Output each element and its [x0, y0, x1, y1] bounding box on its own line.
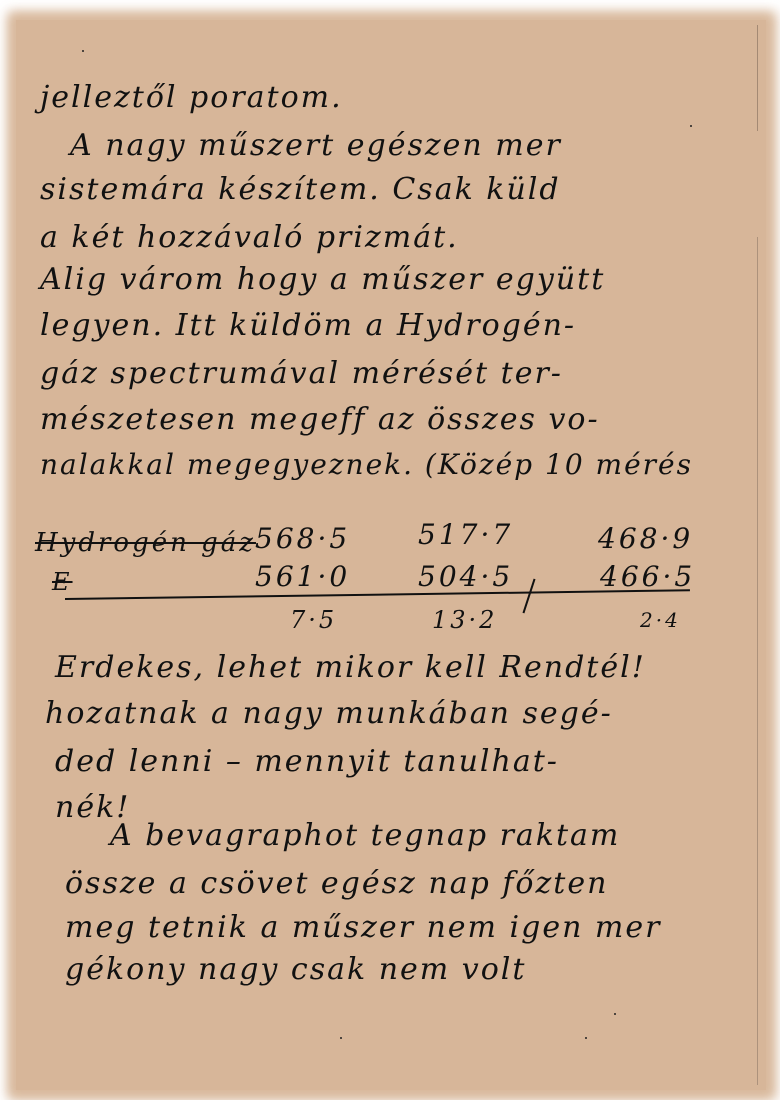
table-diff-c2: 13·2	[432, 606, 497, 634]
table-cell-r1-c1: 568·5	[255, 522, 350, 555]
speck	[614, 1013, 616, 1015]
text-line-16: meg tetnik a műszer nem igen mer	[65, 910, 661, 945]
text-line-9: nalakkal megegyeznek. (Közép 10 mérés	[40, 448, 693, 481]
text-line-10: Erdekes, lehet mikor kell Rendtél!	[55, 650, 646, 685]
text-line-17: gékony nagy csak nem volt	[65, 952, 526, 987]
table-cell-r1-c2: 517·7	[418, 518, 513, 551]
table-row-label-e: E	[52, 568, 73, 596]
speck	[340, 1037, 342, 1039]
speck	[82, 50, 84, 52]
text-line-11: hozatnak a nagy munkában segé-	[45, 696, 613, 731]
table-cell-r2-c2: 504·5	[418, 560, 513, 593]
text-line-15: össze a csövet egész nap főzten	[65, 866, 608, 901]
text-line-4: a két hozzávaló prizmát.	[40, 220, 459, 255]
table-cell-r1-c3: 468·9	[598, 522, 693, 555]
margin-rule	[757, 25, 758, 1085]
table-diff-c3: 2·4	[640, 608, 681, 632]
speck	[585, 1037, 587, 1039]
table-cell-r2-c3: 466·5	[600, 560, 695, 593]
text-line-1: jelleztől poratom.	[40, 80, 343, 115]
text-line-5: Alig várom hogy a műszer együtt	[40, 262, 605, 297]
table-diff-c1: 7·5	[290, 606, 337, 634]
text-line-2: A nagy műszert egészen mer	[70, 128, 562, 163]
speck	[690, 125, 692, 127]
text-line-6: legyen. Itt küldöm a Hydrogén-	[40, 308, 576, 343]
text-line-12: ded lenni – mennyit tanulhat-	[55, 744, 559, 779]
text-line-7: gáz spectrumával mérését ter-	[40, 356, 563, 391]
table-cell-r2-c1: 561·0	[255, 560, 350, 593]
table-row-label-hydrogen: Hydrogén gáz	[35, 528, 256, 558]
text-line-3: sistemára készítem. Csak küld	[40, 172, 561, 207]
text-line-14: A bevagraphot tegnap raktam	[110, 818, 620, 853]
text-line-8: mészetesen megeff az összes vo-	[40, 402, 600, 437]
